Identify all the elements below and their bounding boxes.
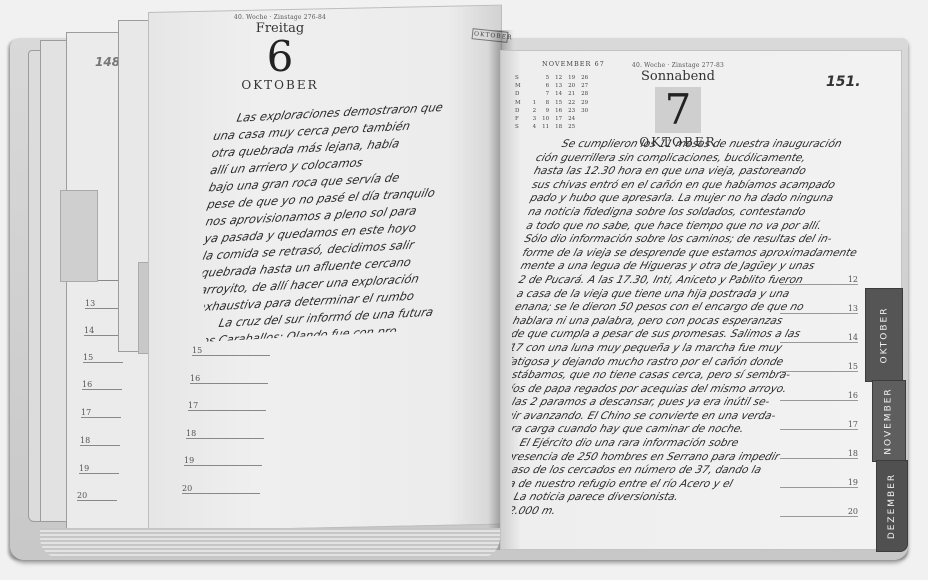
calendar-day: 25 xyxy=(565,123,578,131)
calendar-day xyxy=(530,82,540,90)
calendar-day: 1 xyxy=(530,99,540,107)
handwriting-line: Se cumplieron los 11 meses de nuestra in… xyxy=(536,138,884,152)
calendar-day: 10 xyxy=(539,115,552,123)
tab-november[interactable]: NOVEMBER xyxy=(872,380,906,462)
hour-18: 18 xyxy=(780,449,858,459)
hour-16: 16 xyxy=(190,374,268,384)
week-info: 40. Woche · Zinstage 276-84 xyxy=(205,14,355,21)
calendar-day: 8 xyxy=(539,99,552,107)
right-page-header: 40. Woche · Zinstage 277-83 Sonnabend 7 … xyxy=(628,62,728,149)
calendar-day: 6 xyxy=(539,82,552,90)
hour-13: 13 xyxy=(780,304,858,314)
weekday-label: S xyxy=(512,123,524,131)
hour-17: 17 xyxy=(81,408,121,418)
handwriting-line: Sólo dio información sobre los caminos; … xyxy=(523,233,884,247)
hour-15: 15 xyxy=(780,362,858,372)
calendar-day: 5 xyxy=(539,74,552,82)
handwriting-line: ción guerrillera sin complicaciones, buc… xyxy=(534,152,884,166)
day-number-box: 7 xyxy=(655,87,702,133)
day-number: 7 xyxy=(665,85,692,134)
handwriting-line: pado y hubo que apresarla. La mujer no h… xyxy=(528,192,884,206)
calendar-day: 3 xyxy=(530,115,540,123)
handwriting-line: a casa de la vieja que tiene una hija po… xyxy=(515,288,884,302)
calendar-day: 27 xyxy=(578,82,591,90)
calendar-day: 20 xyxy=(565,82,578,90)
mini-calendar-title: NOVEMBER 67 xyxy=(512,60,605,68)
hour-17: 17 xyxy=(780,420,858,430)
handwriting-line: mente a una legua de Higueras y otra de … xyxy=(519,260,884,274)
handwriting-line: a todo que no sabe, que hace tiempo que … xyxy=(524,220,884,234)
handwriting-line: sus chivas entró en el cañón en que habí… xyxy=(530,179,884,193)
november-mini-calendar: NOVEMBER 67 S5121926M6132027D7142128M181… xyxy=(512,60,605,131)
weekday-label: F xyxy=(512,115,524,123)
calendar-day: 13 xyxy=(552,82,565,90)
calendar-day: 19 xyxy=(565,74,578,82)
page-number: 151. xyxy=(826,74,861,90)
hour-15: 15 xyxy=(83,353,123,363)
handwriting-line: hasta las 12.30 hora en que una vieja, p… xyxy=(532,165,884,179)
handwriting-line: hablara ni una palabra, pero con pocas e… xyxy=(512,315,884,329)
hour-20: 20 xyxy=(780,507,858,517)
hour-16: 16 xyxy=(780,391,858,401)
calendar-day: 16 xyxy=(552,107,565,115)
hour-19: 19 xyxy=(79,464,119,474)
weekday-label: D xyxy=(512,107,524,115)
hour-15: 15 xyxy=(192,346,270,356)
handwriting-line: 17 con una luna muy pequeña y la marcha … xyxy=(512,342,883,356)
hour-18: 18 xyxy=(80,436,120,446)
weekday-label: M xyxy=(512,99,524,107)
handwriting-line: forme de la vieja se desprende que estam… xyxy=(521,247,884,261)
calendar-day: 23 xyxy=(565,107,578,115)
calendar-day: 18 xyxy=(552,123,565,131)
hour-18: 18 xyxy=(186,429,264,439)
calendar-day: 22 xyxy=(565,99,578,107)
hour-14: 14 xyxy=(780,333,858,343)
day-name: Sonnabend xyxy=(628,69,728,84)
calendar-day xyxy=(578,115,591,123)
hour-19: 19 xyxy=(184,456,262,466)
handwriting-line: Oro. La noticia parece diversionista. xyxy=(512,491,862,505)
calendar-day: 17 xyxy=(552,115,565,123)
calendar-day xyxy=(578,123,591,131)
handwriting-line: na noticia fidedigna sobre los soldados,… xyxy=(526,206,884,220)
month-name: OKTOBER xyxy=(205,78,355,92)
calendar-day: 7 xyxy=(539,90,552,98)
day-number: 6 xyxy=(205,36,355,78)
weekday-label: D xyxy=(512,90,524,98)
page-block-bottom xyxy=(40,528,500,558)
calendar-day xyxy=(530,90,540,98)
week-info: 40. Woche · Zinstage 277-83 xyxy=(628,62,728,69)
hour-16: 16 xyxy=(82,380,122,390)
calendar-day: 2 xyxy=(530,107,540,115)
weekday-label: S xyxy=(512,74,524,82)
calendar-day: 4 xyxy=(530,123,540,131)
calendar-day: 14 xyxy=(552,90,565,98)
calendar-day: 11 xyxy=(539,123,552,131)
hour-20: 20 xyxy=(77,491,117,501)
calendar-day: 29 xyxy=(578,99,591,107)
left-page-handwriting: Las exploraciones demostraron queuna cas… xyxy=(194,96,504,341)
calendar-day: 26 xyxy=(578,74,591,82)
calendar-day xyxy=(530,74,540,82)
hour-19: 19 xyxy=(780,478,858,488)
weekday-label: M xyxy=(512,82,524,90)
tab-dezember[interactable]: DEZEMBER xyxy=(876,460,908,552)
calendar-day: 28 xyxy=(578,90,591,98)
left-page-header: 40. Woche · Zinstage 276-84 Freitag 6 OK… xyxy=(205,14,355,92)
hour-12: 12 xyxy=(780,275,858,285)
calendar-day: 9 xyxy=(539,107,552,115)
calendar-day: 24 xyxy=(565,115,578,123)
calendar-day: 30 xyxy=(578,107,591,115)
hour-20: 20 xyxy=(182,484,260,494)
inserted-slip-1 xyxy=(60,190,98,282)
calendar-day: 15 xyxy=(552,99,565,107)
hour-17: 17 xyxy=(188,401,266,411)
calendar-day: 12 xyxy=(552,74,565,82)
calendar-day: 21 xyxy=(565,90,578,98)
handwriting-line: el paso de los cercados en número de 37,… xyxy=(512,464,866,478)
tab-oktober[interactable]: OKTOBER xyxy=(865,288,903,382)
